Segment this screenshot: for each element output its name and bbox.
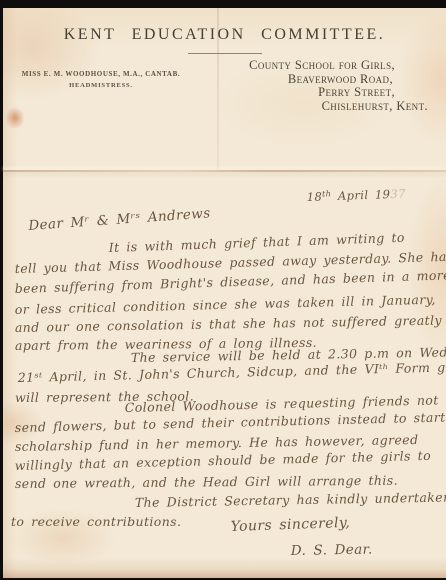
letterhead-title: KENT EDUCATION COMMITTEE. [3, 26, 446, 44]
title-underline-rule [188, 53, 262, 54]
address-line: Perry Street, [216, 86, 395, 100]
sender-block: MISS E. M. WOODHOUSE, M.A., CANTAB. HEAD… [21, 70, 181, 89]
scanned-letter-photo: { "letterhead": { "title": "KENT EDUCATI… [0, 0, 446, 580]
letter-line: send flowers, but to send their contribu… [15, 409, 446, 435]
handwritten-date: 18th April 1937 [307, 187, 407, 204]
date-month-year: April 19 [331, 187, 391, 203]
address-line: Beaverwood Road, [216, 73, 393, 87]
letter-line: to receive contributions. [11, 514, 181, 529]
salutation: Dear Mʳ & Mʳˢ Andrews [28, 205, 211, 234]
sender-role: HEADMISTRESS. [21, 82, 181, 89]
date-ordinal-suffix: th [322, 189, 331, 198]
date-faded-year: 37 [390, 187, 406, 202]
horizontal-fold-crease [3, 170, 446, 172]
date-day: 18 [307, 189, 323, 204]
letter-line: and our one consolation is that she has … [15, 313, 442, 335]
sender-name: MISS E. M. WOODHOUSE, M.A., CANTAB. [21, 70, 181, 78]
address-line: County School for Girls, [216, 59, 395, 73]
letter-line: The District Secretary has kindly undert… [135, 489, 446, 510]
signature: D. S. Dear. [291, 542, 373, 559]
closing: Yours sincerely, [230, 515, 350, 535]
letter-paper: KENT EDUCATION COMMITTEE. MISS E. M. WOO… [3, 8, 446, 578]
school-address-block: County School for Girls, Beaverwood Road… [216, 59, 446, 113]
address-line: Chislehurst, Kent. [216, 100, 428, 114]
letter-line: send one wreath, and the Head Girl will … [15, 473, 398, 491]
